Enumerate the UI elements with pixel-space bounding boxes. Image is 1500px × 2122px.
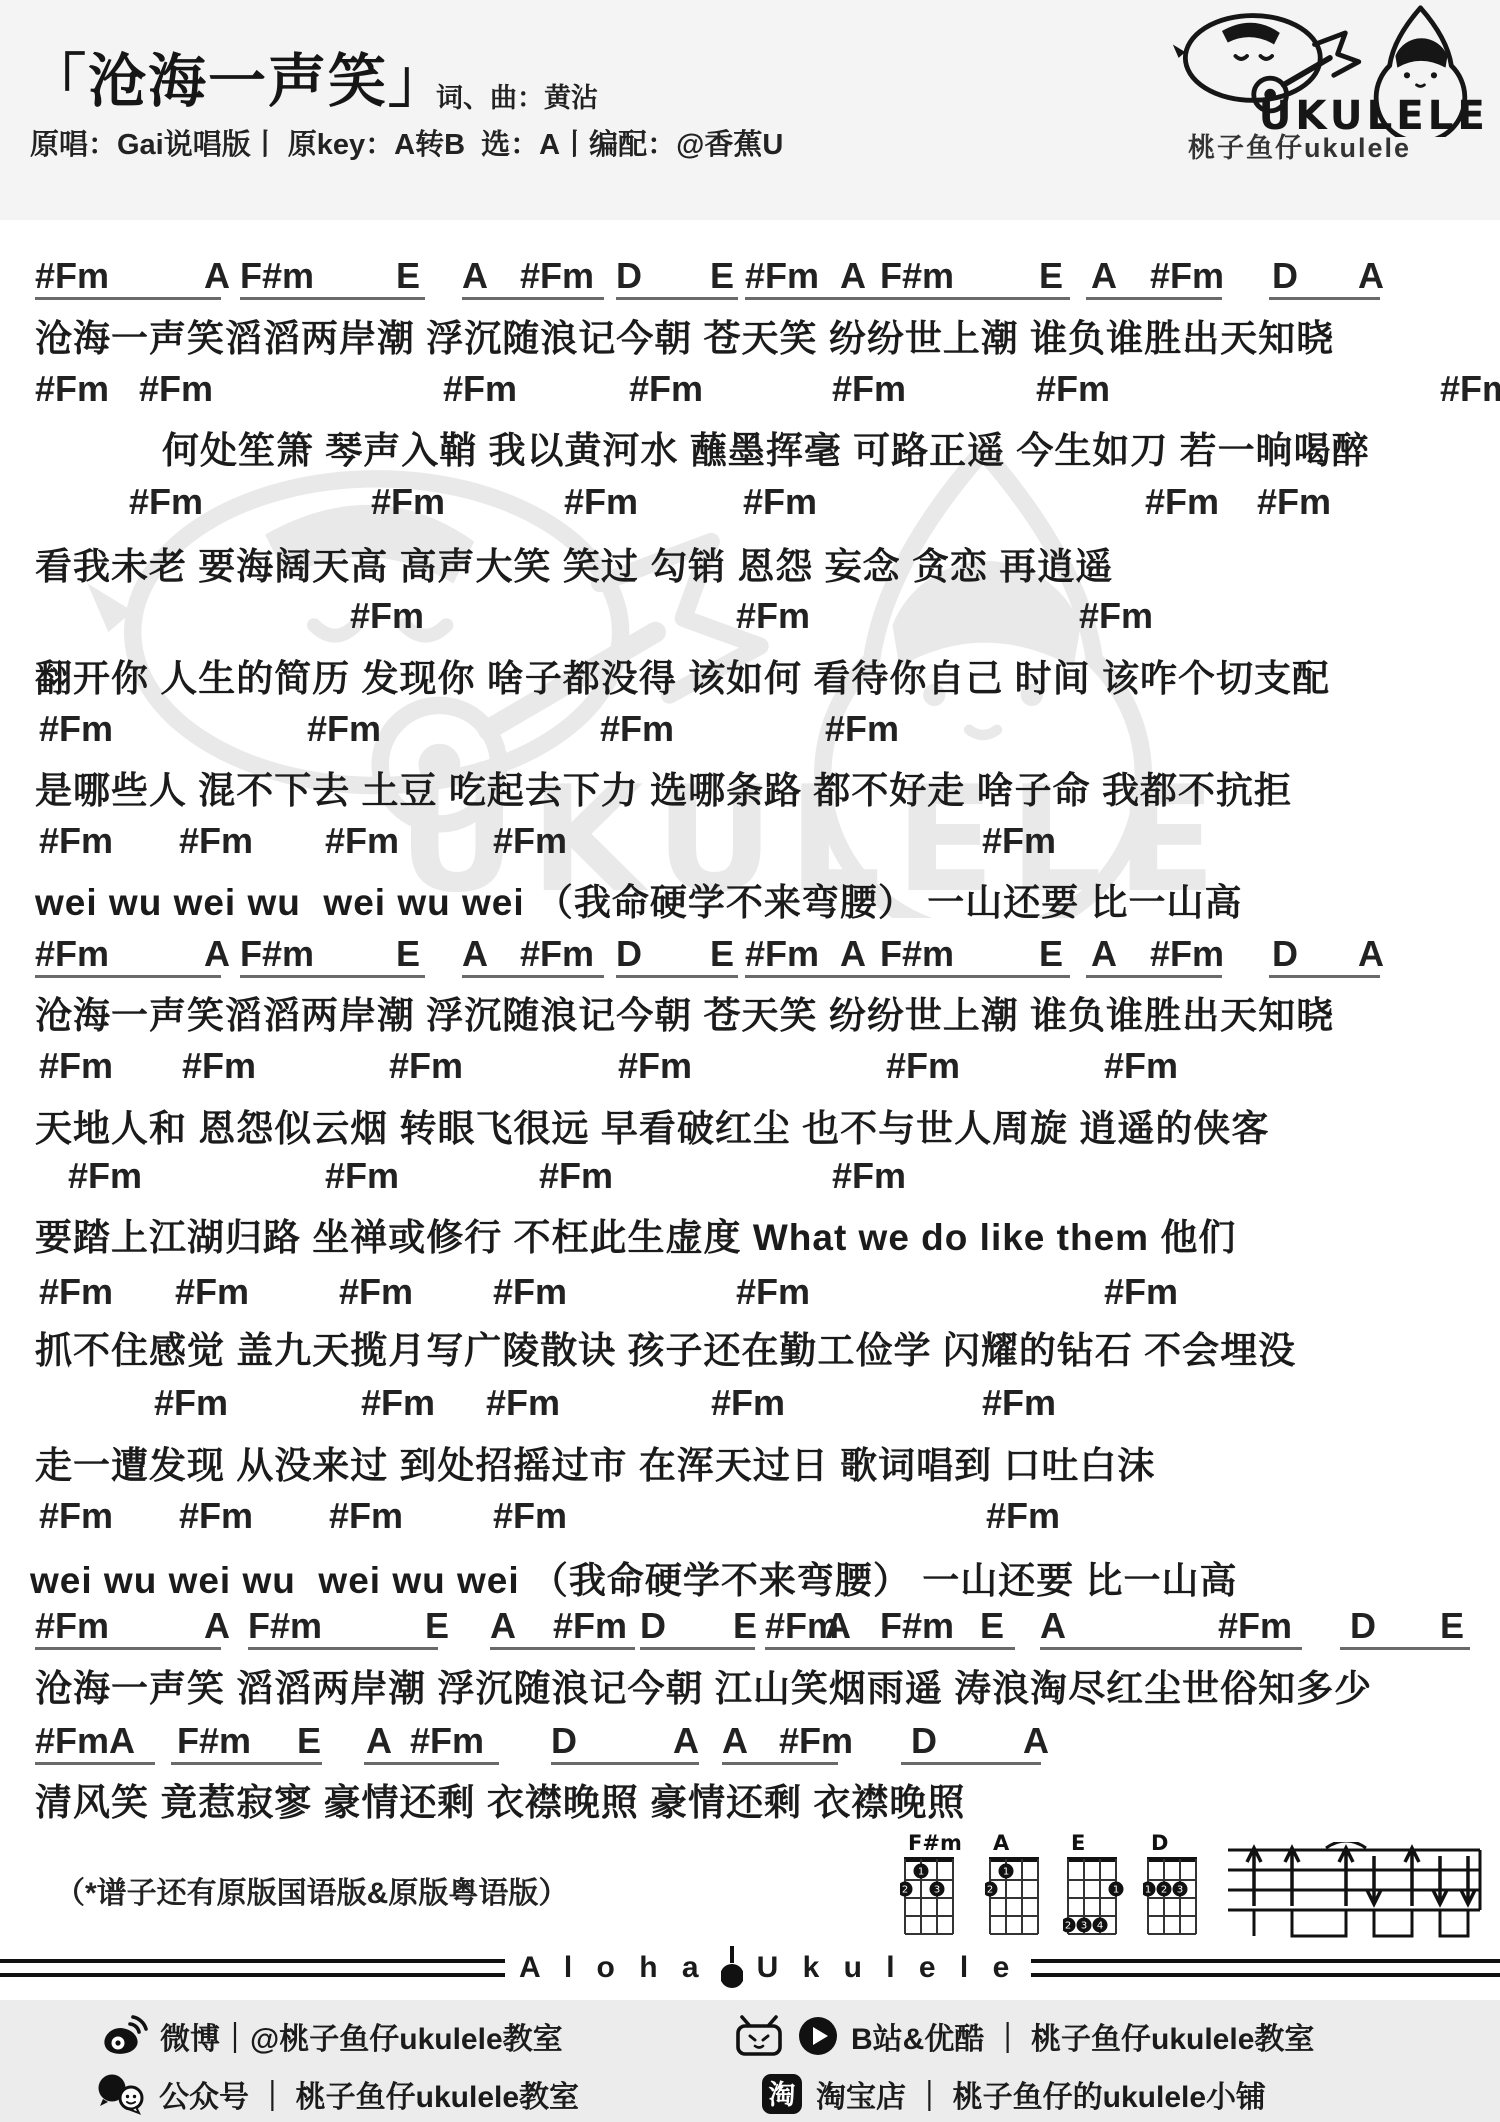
- divider-line-left: [0, 1959, 505, 1977]
- chord-label: D: [616, 933, 642, 975]
- lyric-line: 要踏上江湖归路 坐禅或修行 不枉此生虚度 What we do like the…: [35, 1207, 1236, 1261]
- chord-label: #Fm: [825, 708, 899, 750]
- chord-label: #Fm: [493, 1495, 567, 1537]
- chord-underline: [462, 297, 604, 300]
- chord-underline: [1040, 1647, 1302, 1650]
- chord-label: #Fm: [139, 368, 213, 410]
- chord-label: D: [551, 1720, 577, 1762]
- chord-label: E: [1039, 255, 1063, 297]
- strum-pattern-diagram: [1226, 1842, 1484, 1946]
- chord-label: A: [1358, 933, 1384, 975]
- chord-label: E: [1039, 933, 1063, 975]
- chord-label: D: [616, 255, 642, 297]
- svg-text:2: 2: [987, 1885, 993, 1896]
- chord-label: #Fm: [736, 595, 810, 637]
- chord-label: #Fm: [129, 481, 203, 523]
- chord-label: #Fm: [39, 1495, 113, 1537]
- chord-label: #Fm: [35, 255, 109, 297]
- svg-text:A: A: [993, 1832, 1010, 1855]
- chord-label: #Fm: [539, 1155, 613, 1197]
- chord-label: #Fm: [175, 1271, 249, 1313]
- chord-label: #Fm: [1440, 368, 1500, 410]
- chord-underline: [640, 1647, 755, 1650]
- chord-label: A: [825, 1605, 851, 1647]
- chord-underline: [364, 1762, 499, 1765]
- lyric-line: 抓不住感觉 盖九天揽月写广陵散诀 孩子还在勤工俭学 闪耀的钻石 不会埋没: [35, 1320, 1296, 1374]
- chord-label: #Fm: [486, 1382, 560, 1424]
- chord-label: #Fm: [832, 1155, 906, 1197]
- chord-underline: [616, 975, 738, 978]
- youku-play-icon: [797, 2015, 839, 2057]
- chord-label: #Fm: [39, 1271, 113, 1313]
- chord-label: E: [297, 1720, 321, 1762]
- lyric-line: wei wu wei wu wei wu wei （我命硬学不来弯腰） 一山还要…: [35, 872, 1243, 926]
- svg-text:1: 1: [1113, 1885, 1119, 1896]
- chord-underline: [880, 975, 1070, 978]
- chord-underline: [248, 1647, 438, 1650]
- chord-label: F#m: [177, 1720, 251, 1762]
- chord-label: #Fm: [154, 1382, 228, 1424]
- chord-label: A: [204, 933, 230, 975]
- chord-label: A: [204, 1605, 230, 1647]
- chord-label: E: [396, 255, 420, 297]
- footer-wechat-text: 公众号 ｜ 桃子鱼仔ukulele教室: [159, 2072, 579, 2116]
- chord-label: #Fm: [745, 255, 819, 297]
- lyric-line: 是哪些人 混不下去 土豆 吃起去下力 选哪条路 都不好走 啥子命 我都不抗拒: [35, 760, 1292, 814]
- song-meta: 原唱：Gai说唱版丨 原key：A转B 选：A丨编配：@香蕉U: [30, 122, 783, 163]
- chord-underline: [745, 975, 895, 978]
- svg-text:3: 3: [1081, 1921, 1087, 1932]
- chord-label: #Fm: [1104, 1045, 1178, 1087]
- svg-text:D: D: [1151, 1832, 1168, 1855]
- chord-underline: [35, 975, 221, 978]
- chord-label: #Fm: [600, 708, 674, 750]
- chord-underline: [1086, 975, 1222, 978]
- chord-label: F#m: [240, 933, 314, 975]
- svg-text:1: 1: [1003, 1867, 1009, 1878]
- weibo-icon: [100, 2014, 148, 2058]
- chord-label: #Fm: [1218, 1605, 1292, 1647]
- chord-label: #Fm: [371, 481, 445, 523]
- chord-label: #Fm: [35, 1605, 109, 1647]
- bilibili-tv-icon: [735, 2014, 785, 2058]
- chord-label: E: [733, 1605, 757, 1647]
- divider-word-ukulele: U k u l e l e: [757, 1951, 1018, 1985]
- footnote: （*谱子还有原版国语版&原版粤语版）: [55, 1868, 568, 1912]
- footer-taobao-text: 淘宝店 ｜ 桃子鱼仔的ukulele小铺: [816, 2072, 1266, 2116]
- chord-label: E: [396, 933, 420, 975]
- footer-bilibili-youku: B站&优酷 ｜ 桃子鱼仔ukulele教室: [735, 2014, 1314, 2058]
- chord-label: #Fm: [361, 1382, 435, 1424]
- lyric-line: 沧海一声笑滔滔两岸潮 浮沉随浪记今朝 苍天笑 纷纷世上潮 谁负谁胜出天知晓: [35, 308, 1334, 362]
- chord-label: #Fm: [179, 1495, 253, 1537]
- svg-text:3: 3: [1177, 1885, 1183, 1896]
- chord-label: #Fm: [325, 1155, 399, 1197]
- lyric-line: 沧海一声笑滔滔两岸潮 浮沉随浪记今朝 苍天笑 纷纷世上潮 谁负谁胜出天知晓: [35, 985, 1334, 1039]
- chord-label: A: [1091, 255, 1117, 297]
- lyric-line: 走一遭发现 从没来过 到处招摇过市 在浑天过日 歌词唱到 口吐白沫: [35, 1435, 1155, 1489]
- chord-underline: [240, 975, 425, 978]
- chord-label: A: [1091, 933, 1117, 975]
- chord-label: #Fm: [553, 1605, 627, 1647]
- svg-text:1: 1: [1145, 1885, 1151, 1896]
- chord-label: F#m: [880, 255, 954, 297]
- footer-bilibili-youku-text: B站&优酷 ｜ 桃子鱼仔ukulele教室: [851, 2014, 1314, 2058]
- chord-label: #Fm: [35, 1720, 109, 1762]
- taobao-icon: 淘: [760, 2072, 804, 2116]
- chord-label: D: [1272, 255, 1298, 297]
- chord-label: A: [490, 1605, 516, 1647]
- chord-label: #Fm: [493, 820, 567, 862]
- chord-label: A: [366, 1720, 392, 1762]
- chord-underline: [616, 297, 738, 300]
- lyric-line: wei wu wei wu wei wu wei （我命硬学不来弯腰） 一山还要…: [30, 1550, 1238, 1604]
- chord-diagram-A: A12: [985, 1832, 1049, 1954]
- chord-label: #Fm: [182, 1045, 256, 1087]
- song-credits: 词、曲：黄沾: [436, 76, 598, 115]
- chord-label: A: [462, 933, 488, 975]
- song-title: 「沧海一声笑」: [28, 34, 448, 118]
- ukulele-icon: [721, 1945, 743, 1991]
- chord-label: #Fm: [986, 1495, 1060, 1537]
- chord-label: A: [109, 1720, 135, 1762]
- chord-underline: [551, 1762, 699, 1765]
- chord-label: D: [1350, 1605, 1376, 1647]
- chord-label: D: [911, 1720, 937, 1762]
- chord-underline: [1269, 297, 1380, 300]
- footer-weibo-text: 微博｜@桃子鱼仔ukulele教室: [160, 2014, 563, 2058]
- svg-text:3: 3: [934, 1885, 940, 1896]
- chord-label: A: [1040, 1605, 1066, 1647]
- chord-label: #Fm: [1104, 1271, 1178, 1313]
- divider-word-aloha: A l o h a: [519, 1951, 707, 1985]
- chord-underline: [745, 297, 895, 300]
- chord-label: #Fm: [68, 1155, 142, 1197]
- chord-underline: [1340, 1647, 1470, 1650]
- chord-label: #Fm: [743, 481, 817, 523]
- chord-label: #Fm: [736, 1271, 810, 1313]
- chord-label: #Fm: [520, 933, 594, 975]
- chord-label: #Fm: [982, 1382, 1056, 1424]
- chord-label: E: [710, 933, 734, 975]
- chord-label: F#m: [240, 255, 314, 297]
- svg-text:E: E: [1071, 1832, 1085, 1855]
- svg-text:F#m: F#m: [908, 1832, 962, 1855]
- chord-label: #Fm: [886, 1045, 960, 1087]
- chord-label: #Fm: [629, 368, 703, 410]
- lyric-line: 天地人和 恩怨似云烟 转眼飞很远 早看破红尘 也不与世人周旋 逍遥的侠客: [35, 1098, 1269, 1152]
- lyric-line: 翻开你 人生的简历 发现你 啥子都没得 该如何 看待你自己 时间 该咋个切支配: [35, 648, 1330, 702]
- chord-label: E: [1440, 1605, 1464, 1647]
- chord-label: A: [840, 933, 866, 975]
- chord-label: #Fm: [325, 820, 399, 862]
- chord-label: #Fm: [832, 368, 906, 410]
- chord-underline: [240, 297, 425, 300]
- chord-label: #Fm: [1257, 481, 1331, 523]
- svg-text:2: 2: [902, 1885, 908, 1896]
- chord-label: #Fm: [410, 1720, 484, 1762]
- chord-label: #Fm: [350, 595, 424, 637]
- chord-label: #Fm: [39, 708, 113, 750]
- chord-label: E: [710, 255, 734, 297]
- chord-label: #Fm: [1150, 933, 1224, 975]
- lyric-line: 沧海一声笑 滔滔两岸潮 浮沉随浪记今朝 江山笑烟雨遥 涛浪淘尽红尘世俗知多少: [35, 1658, 1372, 1712]
- chord-label: D: [1272, 933, 1298, 975]
- chord-label: A: [840, 255, 866, 297]
- chord-label: #Fm: [39, 1045, 113, 1087]
- chord-underline: [171, 1762, 322, 1765]
- chord-underline: [462, 975, 604, 978]
- chord-sheet-page: 「沧海一声笑」 词、曲：黄沾 原唱：Gai说唱版丨 原key：A转B 选：A丨编…: [0, 0, 1500, 2122]
- footer-taobao: 淘 淘宝店 ｜ 桃子鱼仔的ukulele小铺: [760, 2072, 1266, 2116]
- chord-underline: [765, 1647, 883, 1650]
- chord-underline: [35, 1762, 155, 1765]
- svg-text:4: 4: [1097, 1921, 1103, 1932]
- chord-label: A: [462, 255, 488, 297]
- chord-label: #Fm: [745, 933, 819, 975]
- svg-text:淘: 淘: [769, 2080, 796, 2111]
- lyric-line: 看我未老 要海阔天高 高声大笑 笑过 勾销 恩怨 妄念 贪恋 再逍遥: [35, 536, 1113, 590]
- footer-weibo: 微博｜@桃子鱼仔ukulele教室: [100, 2014, 563, 2058]
- chord-label: #Fm: [39, 820, 113, 862]
- chord-label: #Fm: [329, 1495, 403, 1537]
- chord-diagram-Fsharp-m: F#m123: [900, 1832, 964, 1954]
- chord-label: F#m: [880, 1605, 954, 1647]
- chord-diagram-E: E1234: [1063, 1832, 1127, 1954]
- chord-label: A: [722, 1720, 748, 1762]
- chord-label: #Fm: [493, 1271, 567, 1313]
- chord-label: A: [673, 1720, 699, 1762]
- chord-underline: [490, 1647, 635, 1650]
- divider-line-right: [1031, 1959, 1500, 1977]
- chord-label: #Fm: [339, 1271, 413, 1313]
- chord-label: #Fm: [1145, 481, 1219, 523]
- chord-label: #Fm: [711, 1382, 785, 1424]
- taoziyuzai-logo: UKULELE: [1168, 2, 1486, 137]
- logo-caption: 桃子鱼仔ukulele: [1188, 126, 1411, 165]
- chord-underline: [901, 1762, 1041, 1765]
- chord-label: A: [204, 255, 230, 297]
- svg-text:1: 1: [918, 1867, 924, 1878]
- wechat-icon: [95, 2072, 147, 2116]
- chord-label: E: [425, 1605, 449, 1647]
- chord-underline: [1269, 975, 1380, 978]
- chord-label: A: [1023, 1720, 1049, 1762]
- chord-label: D: [640, 1605, 666, 1647]
- chord-label: #Fm: [982, 820, 1056, 862]
- chord-label: #Fm: [179, 820, 253, 862]
- chord-label: F#m: [880, 933, 954, 975]
- chord-label: #Fm: [35, 368, 109, 410]
- svg-text:2: 2: [1065, 1921, 1071, 1932]
- chord-underline: [35, 1647, 221, 1650]
- chord-label: #Fm: [307, 708, 381, 750]
- chord-label: #Fm: [35, 933, 109, 975]
- svg-text:2: 2: [1161, 1885, 1167, 1896]
- chord-underline: [880, 1647, 1015, 1650]
- chord-label: #Fm: [564, 481, 638, 523]
- aloha-divider: A l o h a U k u l e l e: [0, 1946, 1500, 1990]
- chord-label: #Fm: [1079, 595, 1153, 637]
- chord-label: #Fm: [618, 1045, 692, 1087]
- chord-label: #Fm: [520, 255, 594, 297]
- chord-label: A: [1358, 255, 1384, 297]
- lyric-line: 何处笙箫 琴声入鞘 我以黄河水 蘸墨挥毫 可路正遥 今生如刀 若一晌喝醉: [162, 420, 1370, 474]
- chord-diagram-D: D123: [1143, 1832, 1207, 1954]
- lyric-line: 清风笑 竟惹寂寥 豪情还剩 衣襟晚照 豪情还剩 衣襟晚照: [35, 1772, 965, 1826]
- chord-underline: [35, 297, 221, 300]
- chord-underline: [1086, 297, 1222, 300]
- chord-label: #Fm: [1150, 255, 1224, 297]
- footer-wechat: 公众号 ｜ 桃子鱼仔ukulele教室: [95, 2072, 579, 2116]
- chord-label: F#m: [248, 1605, 322, 1647]
- chord-underline: [722, 1762, 838, 1765]
- chord-label: #Fm: [779, 1720, 853, 1762]
- chord-label: E: [980, 1605, 1004, 1647]
- chord-underline: [880, 297, 1070, 300]
- chord-label: #Fm: [1036, 368, 1110, 410]
- chord-label: #Fm: [443, 368, 517, 410]
- chord-label: #Fm: [389, 1045, 463, 1087]
